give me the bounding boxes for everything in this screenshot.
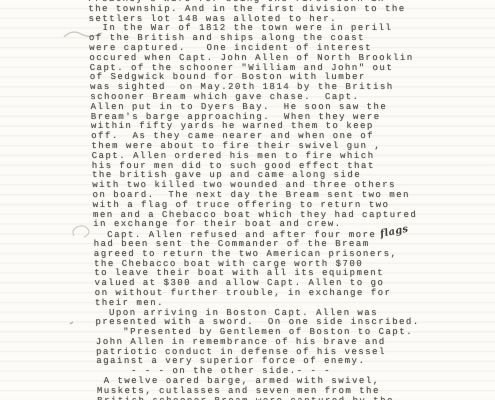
typed-line-text: of Sedgwick bound for Boston with lumber [90, 72, 366, 82]
typed-line-text: occured when Capt. John Allen of North B… [89, 53, 414, 63]
typed-text-block: Freathey's wife for being the first born… [88, 0, 422, 400]
typed-line-text: the british gave up and came along side [92, 170, 361, 180]
typed-line-text: them were about to fire their swivel gun… [91, 141, 381, 151]
typed-line-text: valued at $300 and allow Capt. Allen to … [94, 278, 384, 288]
scanned-document-page: Freathey's wife for being the first born… [0, 0, 495, 400]
typed-line-text: agreed to return the two American prison… [94, 249, 398, 259]
typed-line-text: against a very superior force of enemy. [96, 356, 365, 366]
typed-line-text: off. As they came nearer and when one of [91, 131, 374, 141]
typed-line-text: had been sent the Commander of the Bream [94, 239, 370, 249]
typed-line-text: Upon arriving in Boston Capt. Allen was [95, 308, 378, 318]
typed-line-text: with two killed two wounded and three ot… [92, 180, 396, 190]
pencil-mark-circle [70, 224, 92, 240]
typed-line-text: presented with a sword. On one side insc… [95, 317, 420, 327]
typed-line-text: John Allen in remembrance of his brave a… [96, 337, 386, 347]
typed-line-text: was sighted on May.20th 1814 by the Brit… [90, 82, 394, 92]
typed-line-text: their men. [95, 298, 164, 308]
typed-line-text: with a flag of truce offering to return … [93, 200, 390, 210]
typed-line-text: on without further trouble, in exchange … [95, 288, 392, 298]
typed-line-text: A twelve oared barge, armed with swivel, [97, 376, 380, 386]
pencil-mark-dot [68, 319, 76, 327]
typed-line-text: of the British and ships along the coast [89, 33, 365, 43]
typed-line-text: Allen put in to Dyers Bay. He soon saw t… [90, 102, 387, 112]
typed-line-text: in exchange for their boat and crew. [93, 219, 342, 229]
typed-line-text: Capt. Allen ordered his men to fire whic… [92, 151, 375, 161]
typed-line-text: to leave their boat with all its equipme… [94, 268, 384, 278]
typed-line-text: - - - on the other side.- - - [96, 366, 331, 376]
typed-line-text: on board. The next day the Bream sent tw… [92, 190, 410, 200]
typed-line: in exchange for their boat and crew. [93, 220, 418, 230]
typed-line-text: within fifty yards he warned them to kee… [91, 121, 374, 131]
typed-line-text: Muskets, cutlasses and seven men from th… [97, 386, 380, 396]
typed-line-text: the township. And in the first division … [88, 4, 406, 14]
typed-line-text: "Presented by Gentlemen of Boston to Cap… [96, 327, 414, 337]
typed-line-text: schooner Bream which gave chase. Capt. [90, 92, 359, 102]
typed-line-text: In the War of 1812 the town were in peri… [89, 23, 393, 33]
typed-line-text: British schooner Bream were captured by … [97, 396, 394, 400]
typed-line-text: were captured. One incident of interest [89, 43, 372, 53]
